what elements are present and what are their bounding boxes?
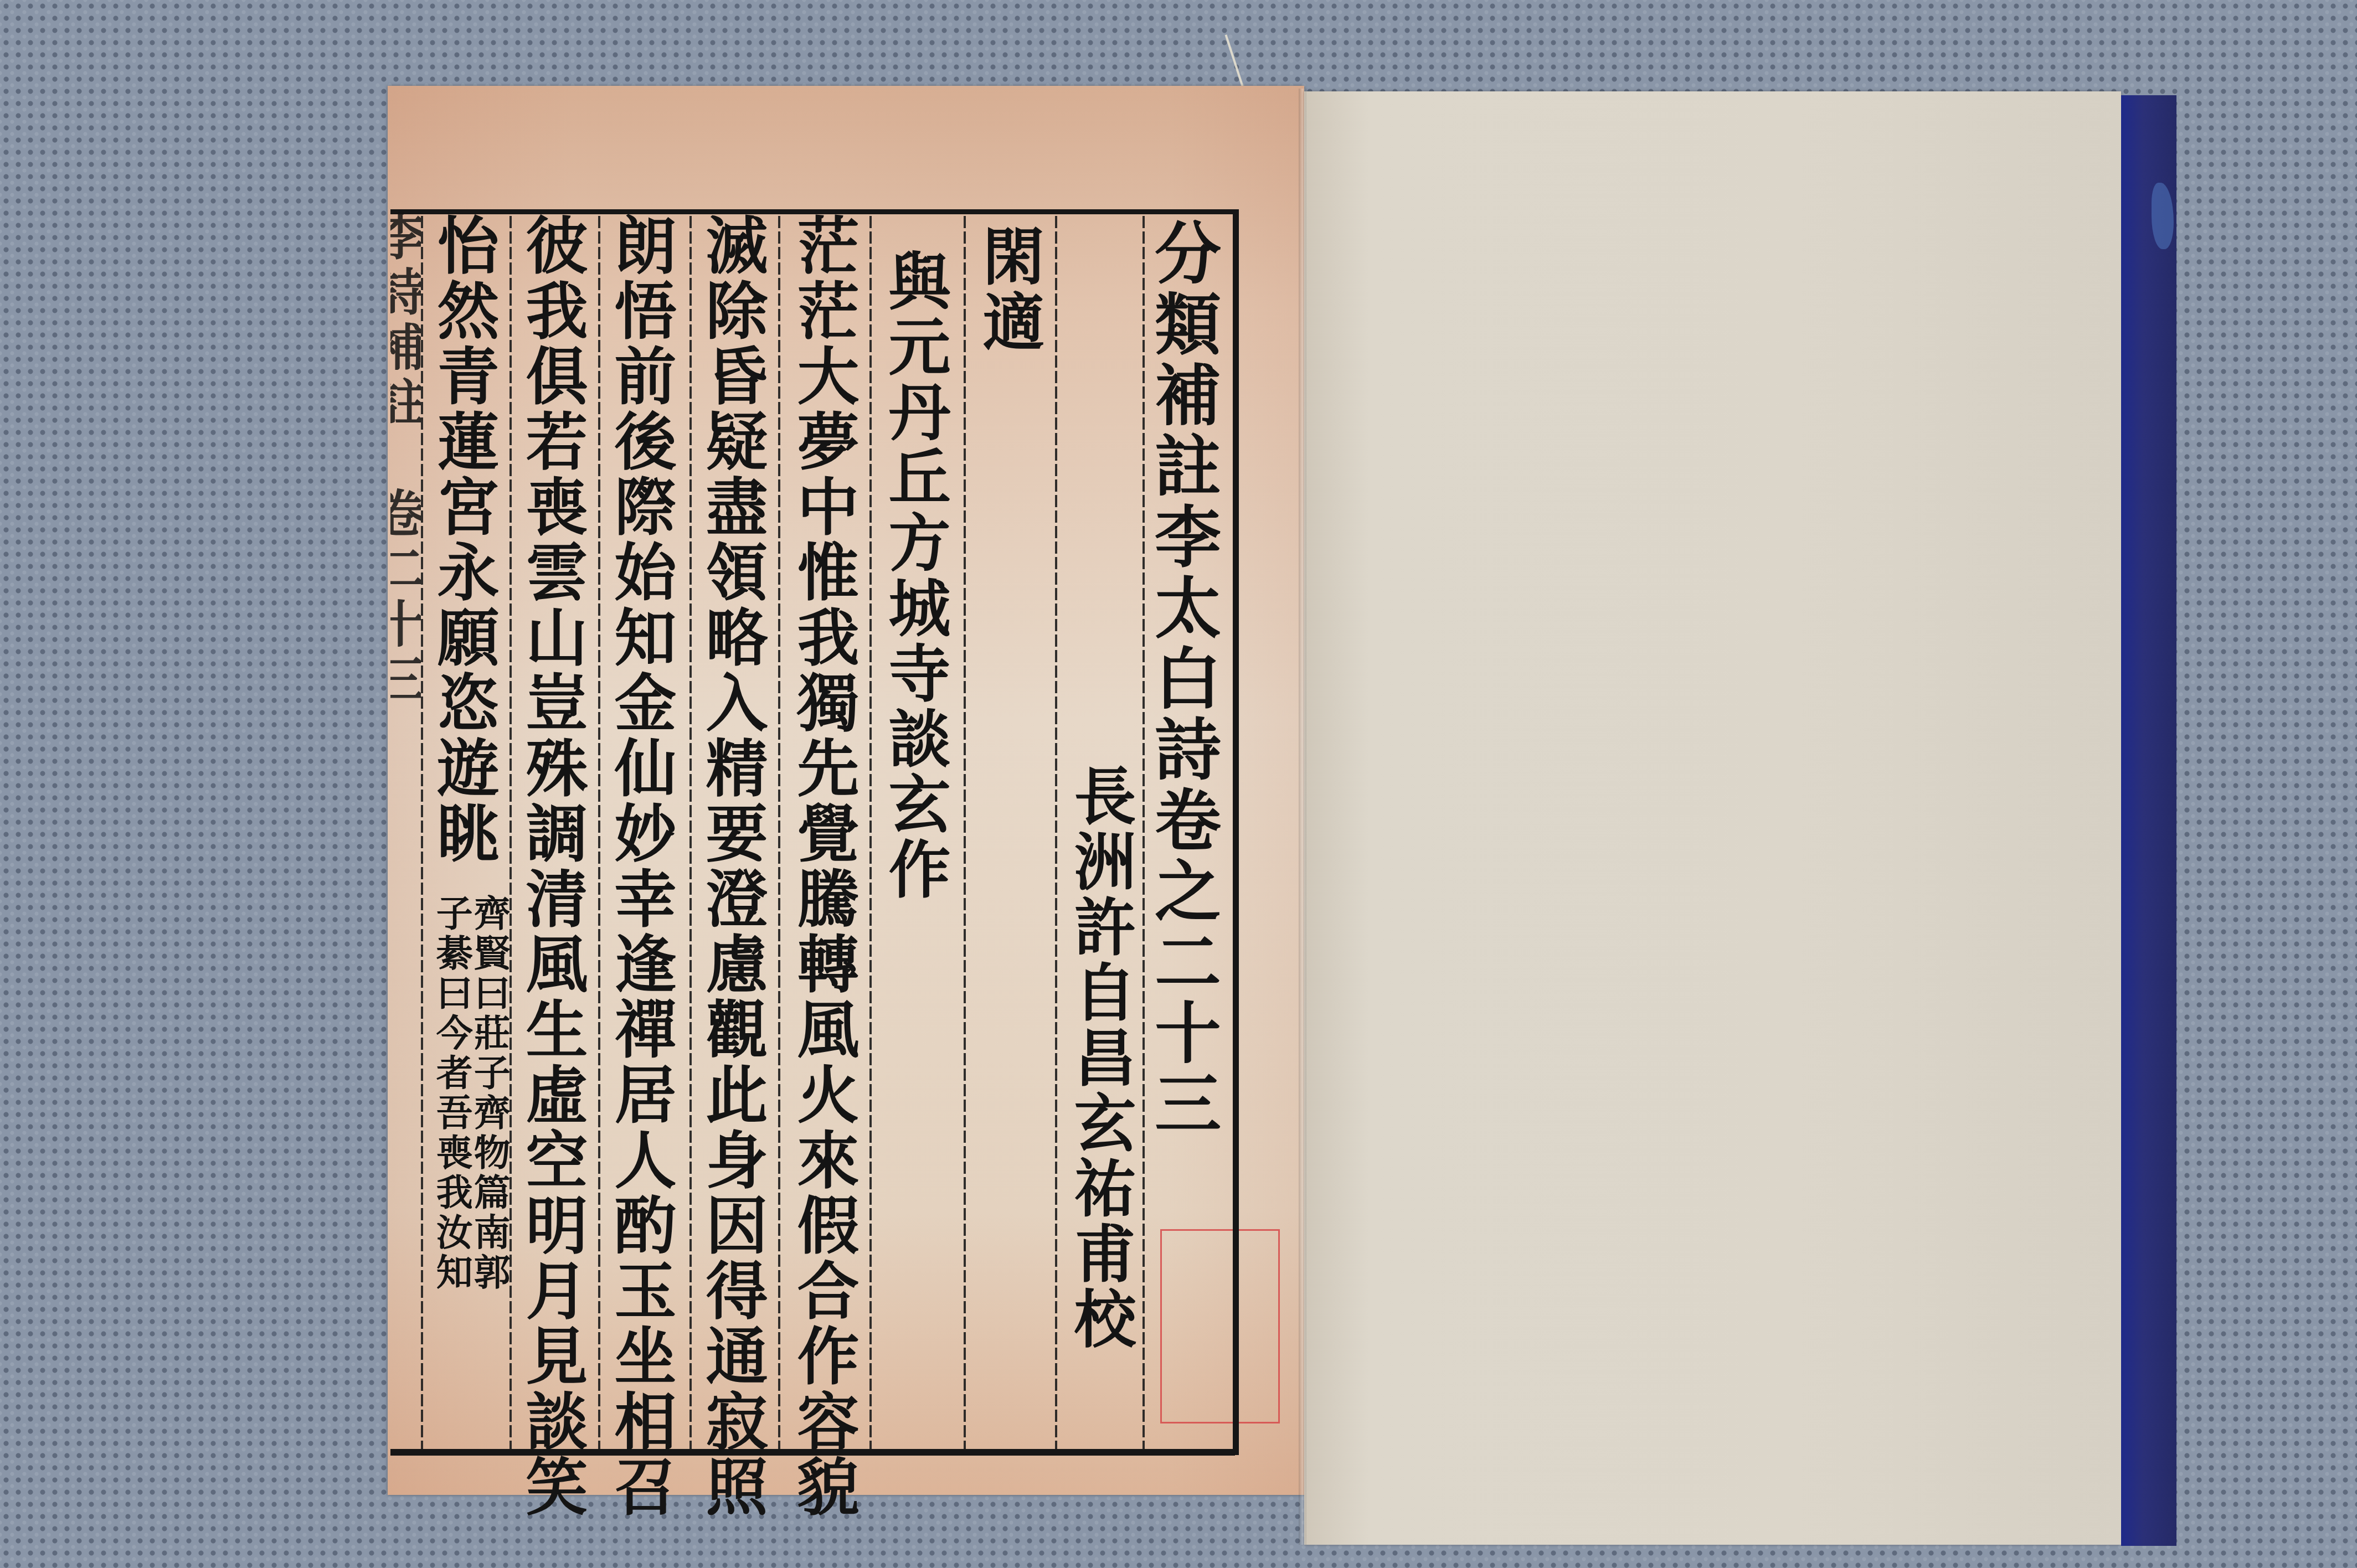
blue-cover-binding [2121,95,2176,1546]
editor-attribution: 長洲許自昌玄祐甫校 [1069,764,1131,1352]
collector-seal [1160,1229,1280,1423]
page-fold [1299,89,1306,1545]
column-divider [689,216,692,1450]
column-divider [964,216,966,1450]
volume-title: 分類補註李太白詩卷之二十三 [1149,219,1216,1140]
poem-title: 與元丹丘方城寺談玄作 [883,249,945,902]
poem-line: 茫茫大夢中惟我獨先覺騰轉風火來假合作容貌 [792,213,854,1520]
open-book: 分類補註李太白詩卷之二十三 長洲許自昌玄祐甫校 閑適 與元丹丘方城寺談玄作 茫茫… [0,0,2357,1568]
poem-line: 滅除昏疑盡領略入精要澄慮觀此身因得通寂照 [701,213,763,1520]
poem-line: 彼我俱若喪雲山豈殊調清風生虛空明月見談笑 [521,213,583,1520]
column-divider [598,216,600,1450]
commentary-left: 子綦曰今者吾喪我汝知 [432,894,470,1293]
column-divider [421,216,423,1450]
frame-right-rule-overlay [1233,1218,1239,1451]
commentary-right: 齊賢曰莊子齊物篇南郭 [470,894,508,1293]
column-divider [1055,216,1057,1450]
blank-flyleaf [1304,91,2121,1545]
poem-line: 朗悟前後際始知金仙妙幸逢禪居人酌玉坐相召 [609,213,671,1520]
fold-margin-text: 李詩補註 卷二十三 [390,210,421,709]
column-divider [778,216,780,1450]
poem-line: 怡然青蓮宮永願恣遊眺 [432,213,494,866]
column-divider [869,216,872,1450]
category-heading: 閑適 [977,224,1039,355]
